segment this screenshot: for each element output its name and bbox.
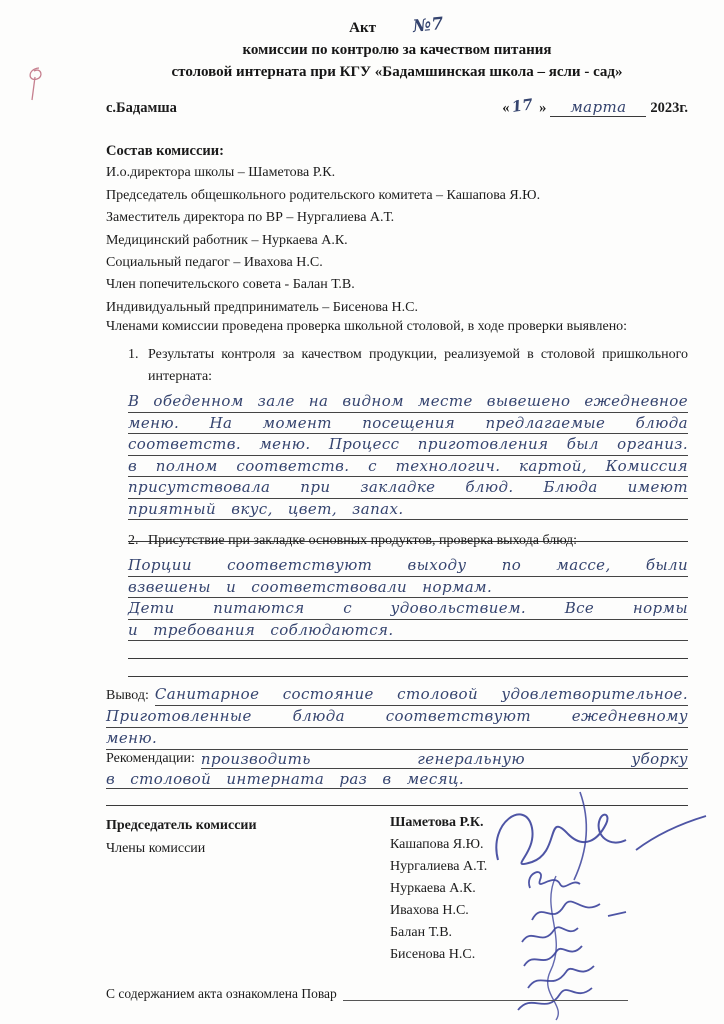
doc-title: Акт bbox=[349, 20, 376, 36]
item-1-label-row: 1. Результаты контроля за качеством прод… bbox=[128, 344, 688, 388]
commission-heading: Состав комиссии: bbox=[106, 140, 688, 162]
document-header: Акт №7 комиссии по контролю за качеством… bbox=[106, 16, 688, 83]
signature-roles: Председатель комиссии Члены комиссии bbox=[106, 814, 257, 860]
intro-paragraph: Членами комиссии проведена проверка школ… bbox=[106, 316, 688, 338]
handwritten-line: и требования соблюдаются. bbox=[128, 620, 688, 642]
commission-member: Медицинский работник – Нуркаева А.К. bbox=[106, 230, 688, 252]
act-number-handwritten: №7 bbox=[411, 13, 444, 38]
blank-ruled-line bbox=[128, 659, 688, 677]
blank-ruled-line bbox=[128, 641, 688, 659]
item-1-label: Результаты контроля за качеством продукц… bbox=[148, 344, 688, 388]
place-date-row: с.Бадамша « 17 » марта 2023г. bbox=[106, 98, 688, 117]
handwritten-line: приятный вкус, цвет, запах. bbox=[128, 499, 688, 521]
commission-member: Заместитель директора по ВР – Нургалиева… bbox=[106, 207, 688, 229]
cook-signature-blank-line bbox=[343, 999, 628, 1001]
commission-section: Состав комиссии: И.о.директора школы – Ш… bbox=[106, 140, 688, 319]
handwritten-line: Санитарное состояние столовой удовлетвор… bbox=[155, 684, 688, 706]
footer-acknowledgement-row: С содержанием акта ознакомлена Повар bbox=[106, 986, 688, 1002]
date-open-quote: « bbox=[502, 100, 509, 116]
item-1-section: 1. Результаты контроля за качеством прод… bbox=[106, 344, 688, 542]
handwritten-line: взвешены и соответствовали нормам. bbox=[128, 577, 688, 599]
doc-subtitle-2: столовой интерната при КГУ «Бадамшинская… bbox=[106, 61, 688, 83]
handwritten-line: производить генеральную уборку bbox=[201, 749, 688, 769]
item-2-number: 2. bbox=[128, 530, 148, 552]
date-month-handwritten: марта bbox=[550, 98, 646, 117]
handwritten-line: Порции соответствуют выходу по массе, бы… bbox=[128, 555, 688, 577]
handwritten-line: Приготовленные блюда соответствуют ежедн… bbox=[106, 706, 688, 728]
date-close-quote: » bbox=[539, 100, 546, 116]
item-2-label-row: 2. Присутствие при закладке основных про… bbox=[128, 530, 688, 552]
date-group: « 17 » марта 2023г. bbox=[502, 98, 688, 117]
conclusion-label: Вывод: bbox=[106, 685, 155, 706]
ink-signatures-overlay bbox=[470, 780, 720, 990]
item-2-label: Присутствие при закладке основных продук… bbox=[148, 530, 688, 552]
handwritten-line: соответств. меню. Процесс приготовления … bbox=[128, 434, 688, 456]
item-1-number: 1. bbox=[128, 344, 148, 388]
item-2-handwritten-block: Порции соответствуют выходу по массе, бы… bbox=[128, 555, 688, 677]
handwritten-line: меню. На момент посещения предлагаемые б… bbox=[128, 413, 688, 435]
doc-title-row: Акт №7 bbox=[106, 16, 688, 39]
handwritten-line: Дети питаются с удовольствием. Все нормы bbox=[128, 598, 688, 620]
scanned-act-document: Акт №7 комиссии по контролю за качеством… bbox=[0, 0, 724, 1024]
item-1-handwritten-block: В обеденном зале на видном месте вывешен… bbox=[128, 391, 688, 542]
recommendations-row-1: Рекомендации: производить генеральную уб… bbox=[106, 748, 688, 769]
commission-member: Председатель общешкольного родительского… bbox=[106, 185, 688, 207]
commission-member: Член попечительского совета - Балан Т.В. bbox=[106, 274, 688, 296]
red-pen-mark bbox=[20, 58, 52, 106]
conclusion-row-1: Вывод: Санитарное состояние столовой удо… bbox=[106, 684, 688, 706]
doc-subtitle-1: комиссии по контролю за качеством питани… bbox=[106, 39, 688, 61]
acknowledgement-label: С содержанием акта ознакомлена Повар bbox=[106, 986, 337, 1001]
recommendations-label: Рекомендации: bbox=[106, 748, 201, 769]
item-2-section: 2. Присутствие при закладке основных про… bbox=[106, 530, 688, 677]
handwritten-line: в полном соответств. с технологич. карто… bbox=[128, 456, 688, 478]
members-role-label: Члены комиссии bbox=[106, 837, 257, 860]
date-day-handwritten: 17 bbox=[511, 95, 535, 116]
conclusion-section: Вывод: Санитарное состояние столовой удо… bbox=[106, 684, 688, 750]
date-year: 2023г. bbox=[650, 100, 688, 116]
handwritten-line: В обеденном зале на видном месте вывешен… bbox=[128, 391, 688, 413]
commission-member: Социальный педагог – Ивахова Н.С. bbox=[106, 252, 688, 274]
chairman-role-label: Председатель комиссии bbox=[106, 814, 257, 837]
commission-member: И.о.директора школы – Шаметова Р.К. bbox=[106, 162, 688, 184]
handwritten-line: меню. bbox=[106, 728, 688, 750]
place-label: с.Бадамша bbox=[106, 100, 177, 117]
handwritten-line: присутствовала при закладке блюд. Блюда … bbox=[128, 477, 688, 499]
